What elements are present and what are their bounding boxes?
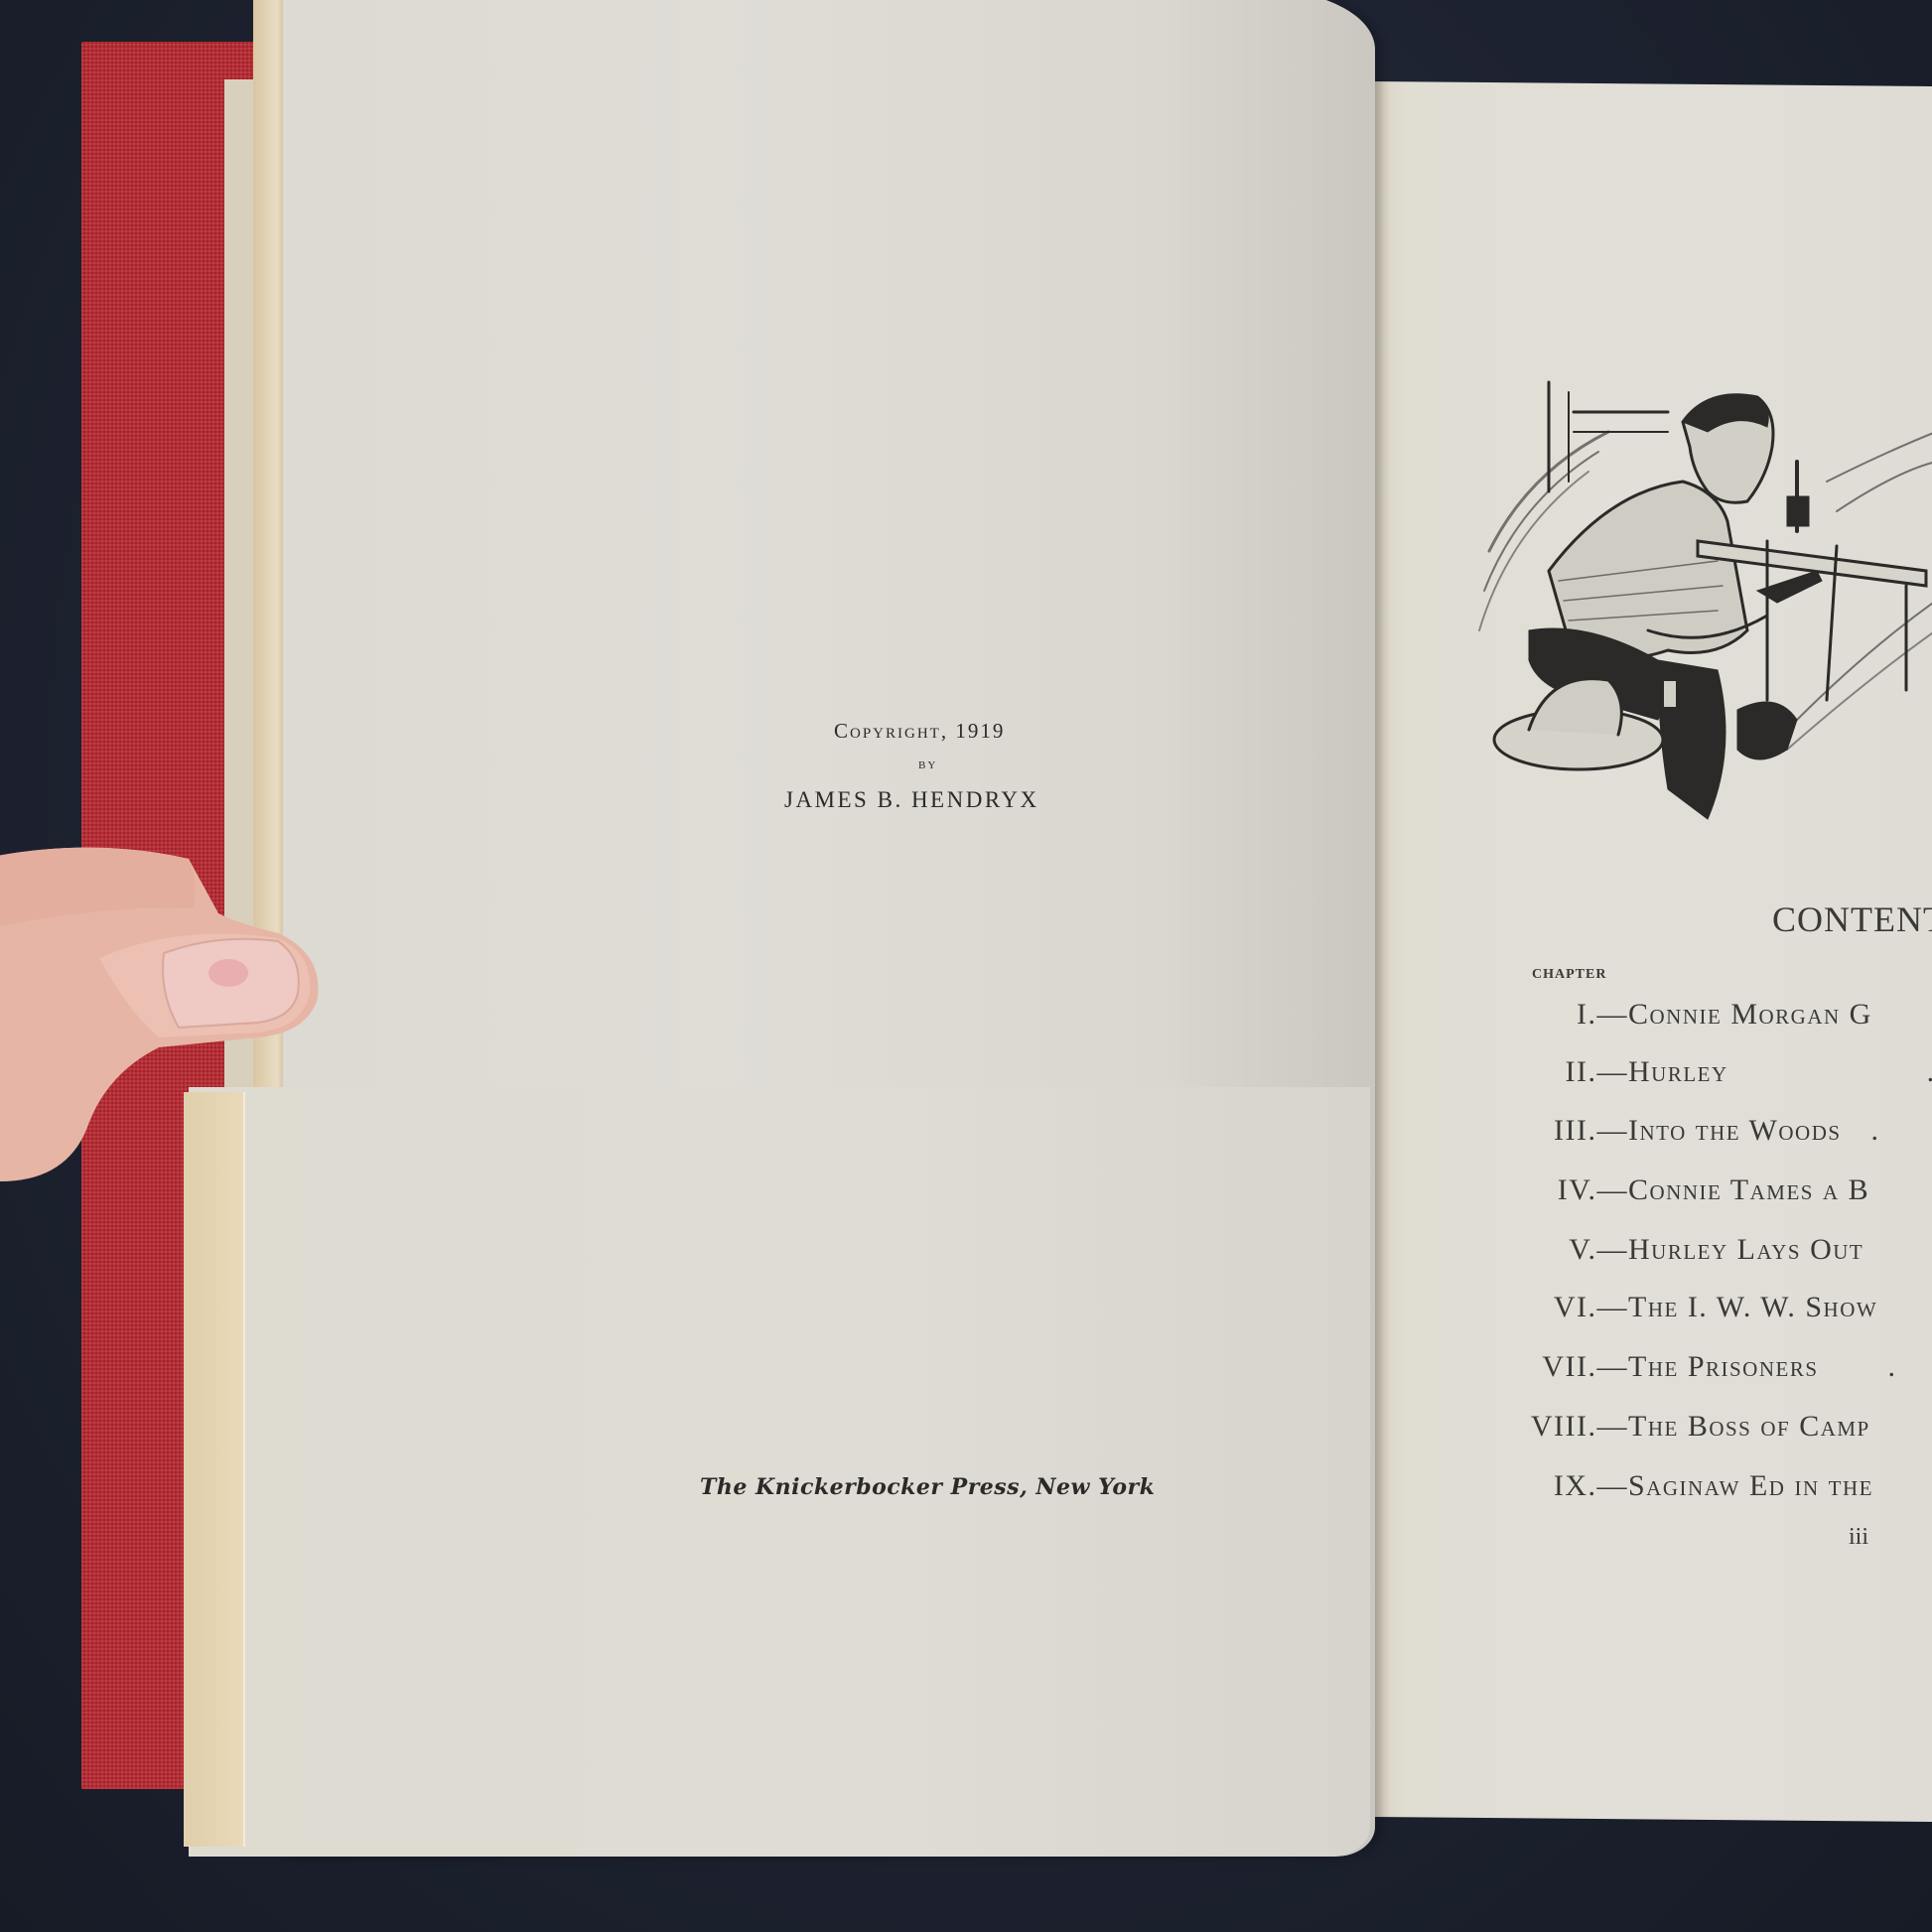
verso-page-lower bbox=[189, 1087, 1370, 1857]
chapter-title: Connie Tames a B bbox=[1628, 1173, 1869, 1206]
chapter-number: I.— bbox=[1499, 998, 1628, 1032]
chapter-label: CHAPTER bbox=[1532, 967, 1606, 983]
chapter-number: VII.— bbox=[1499, 1350, 1628, 1384]
chapter-title: Hurley Lays Out bbox=[1628, 1233, 1863, 1266]
page-edge-lower bbox=[184, 1092, 245, 1847]
chapter-title: The I. W. W. Show bbox=[1628, 1291, 1877, 1323]
chapter-title: The Prisoners bbox=[1628, 1350, 1819, 1383]
copyright-line: Copyright, 1919 bbox=[834, 719, 1005, 744]
press-imprint: The Knickerbocker Press, New York bbox=[700, 1474, 1155, 1500]
toc-entry: VI.—The I. W. W. Show bbox=[1499, 1291, 1877, 1330]
toc-entry: V.—Hurley Lays Out bbox=[1499, 1233, 1863, 1273]
author-name: JAMES B. HENDRYX bbox=[784, 787, 1039, 813]
chapter-number: VIII.— bbox=[1499, 1410, 1628, 1444]
chapter-title: The Boss of Camp bbox=[1628, 1410, 1870, 1443]
hand-thumb-icon bbox=[0, 824, 338, 1181]
chapter-number: IV.— bbox=[1499, 1173, 1628, 1207]
chapter-title: Saginaw Ed in the bbox=[1628, 1469, 1873, 1502]
toc-entry: IV.—Connie Tames a B bbox=[1499, 1173, 1869, 1213]
illustration-man-with-revolver-icon bbox=[1469, 372, 1932, 849]
chapter-title: Connie Morgan G bbox=[1628, 998, 1872, 1031]
verso-page[interactable] bbox=[283, 0, 1375, 1857]
chapter-title: Into the Woods bbox=[1628, 1114, 1842, 1147]
toc-entry: III.—Into the Woods. bbox=[1499, 1114, 1908, 1154]
page-number: iii bbox=[1849, 1524, 1868, 1551]
toc-entry: I.—Connie Morgan G bbox=[1499, 998, 1912, 1037]
recto-page bbox=[1370, 81, 1932, 1822]
chapter-number: II.— bbox=[1499, 1055, 1628, 1089]
contents-heading: CONTENTS bbox=[1772, 898, 1932, 940]
by-line: by bbox=[918, 757, 937, 773]
toc-entry: IX.—Saginaw Ed in the bbox=[1499, 1469, 1873, 1509]
chapter-number: VI.— bbox=[1499, 1291, 1628, 1324]
toc-entry: VII.—The Prisoners. bbox=[1499, 1350, 1925, 1390]
toc-entry: VIII.—The Boss of Camp bbox=[1499, 1410, 1870, 1449]
chapter-number: III.— bbox=[1499, 1114, 1628, 1148]
chapter-title: Hurley bbox=[1628, 1055, 1728, 1088]
toc-entry: II.—Hurley. . bbox=[1499, 1055, 1932, 1095]
chapter-number: IX.— bbox=[1499, 1469, 1628, 1503]
chapter-number: V.— bbox=[1499, 1233, 1628, 1267]
